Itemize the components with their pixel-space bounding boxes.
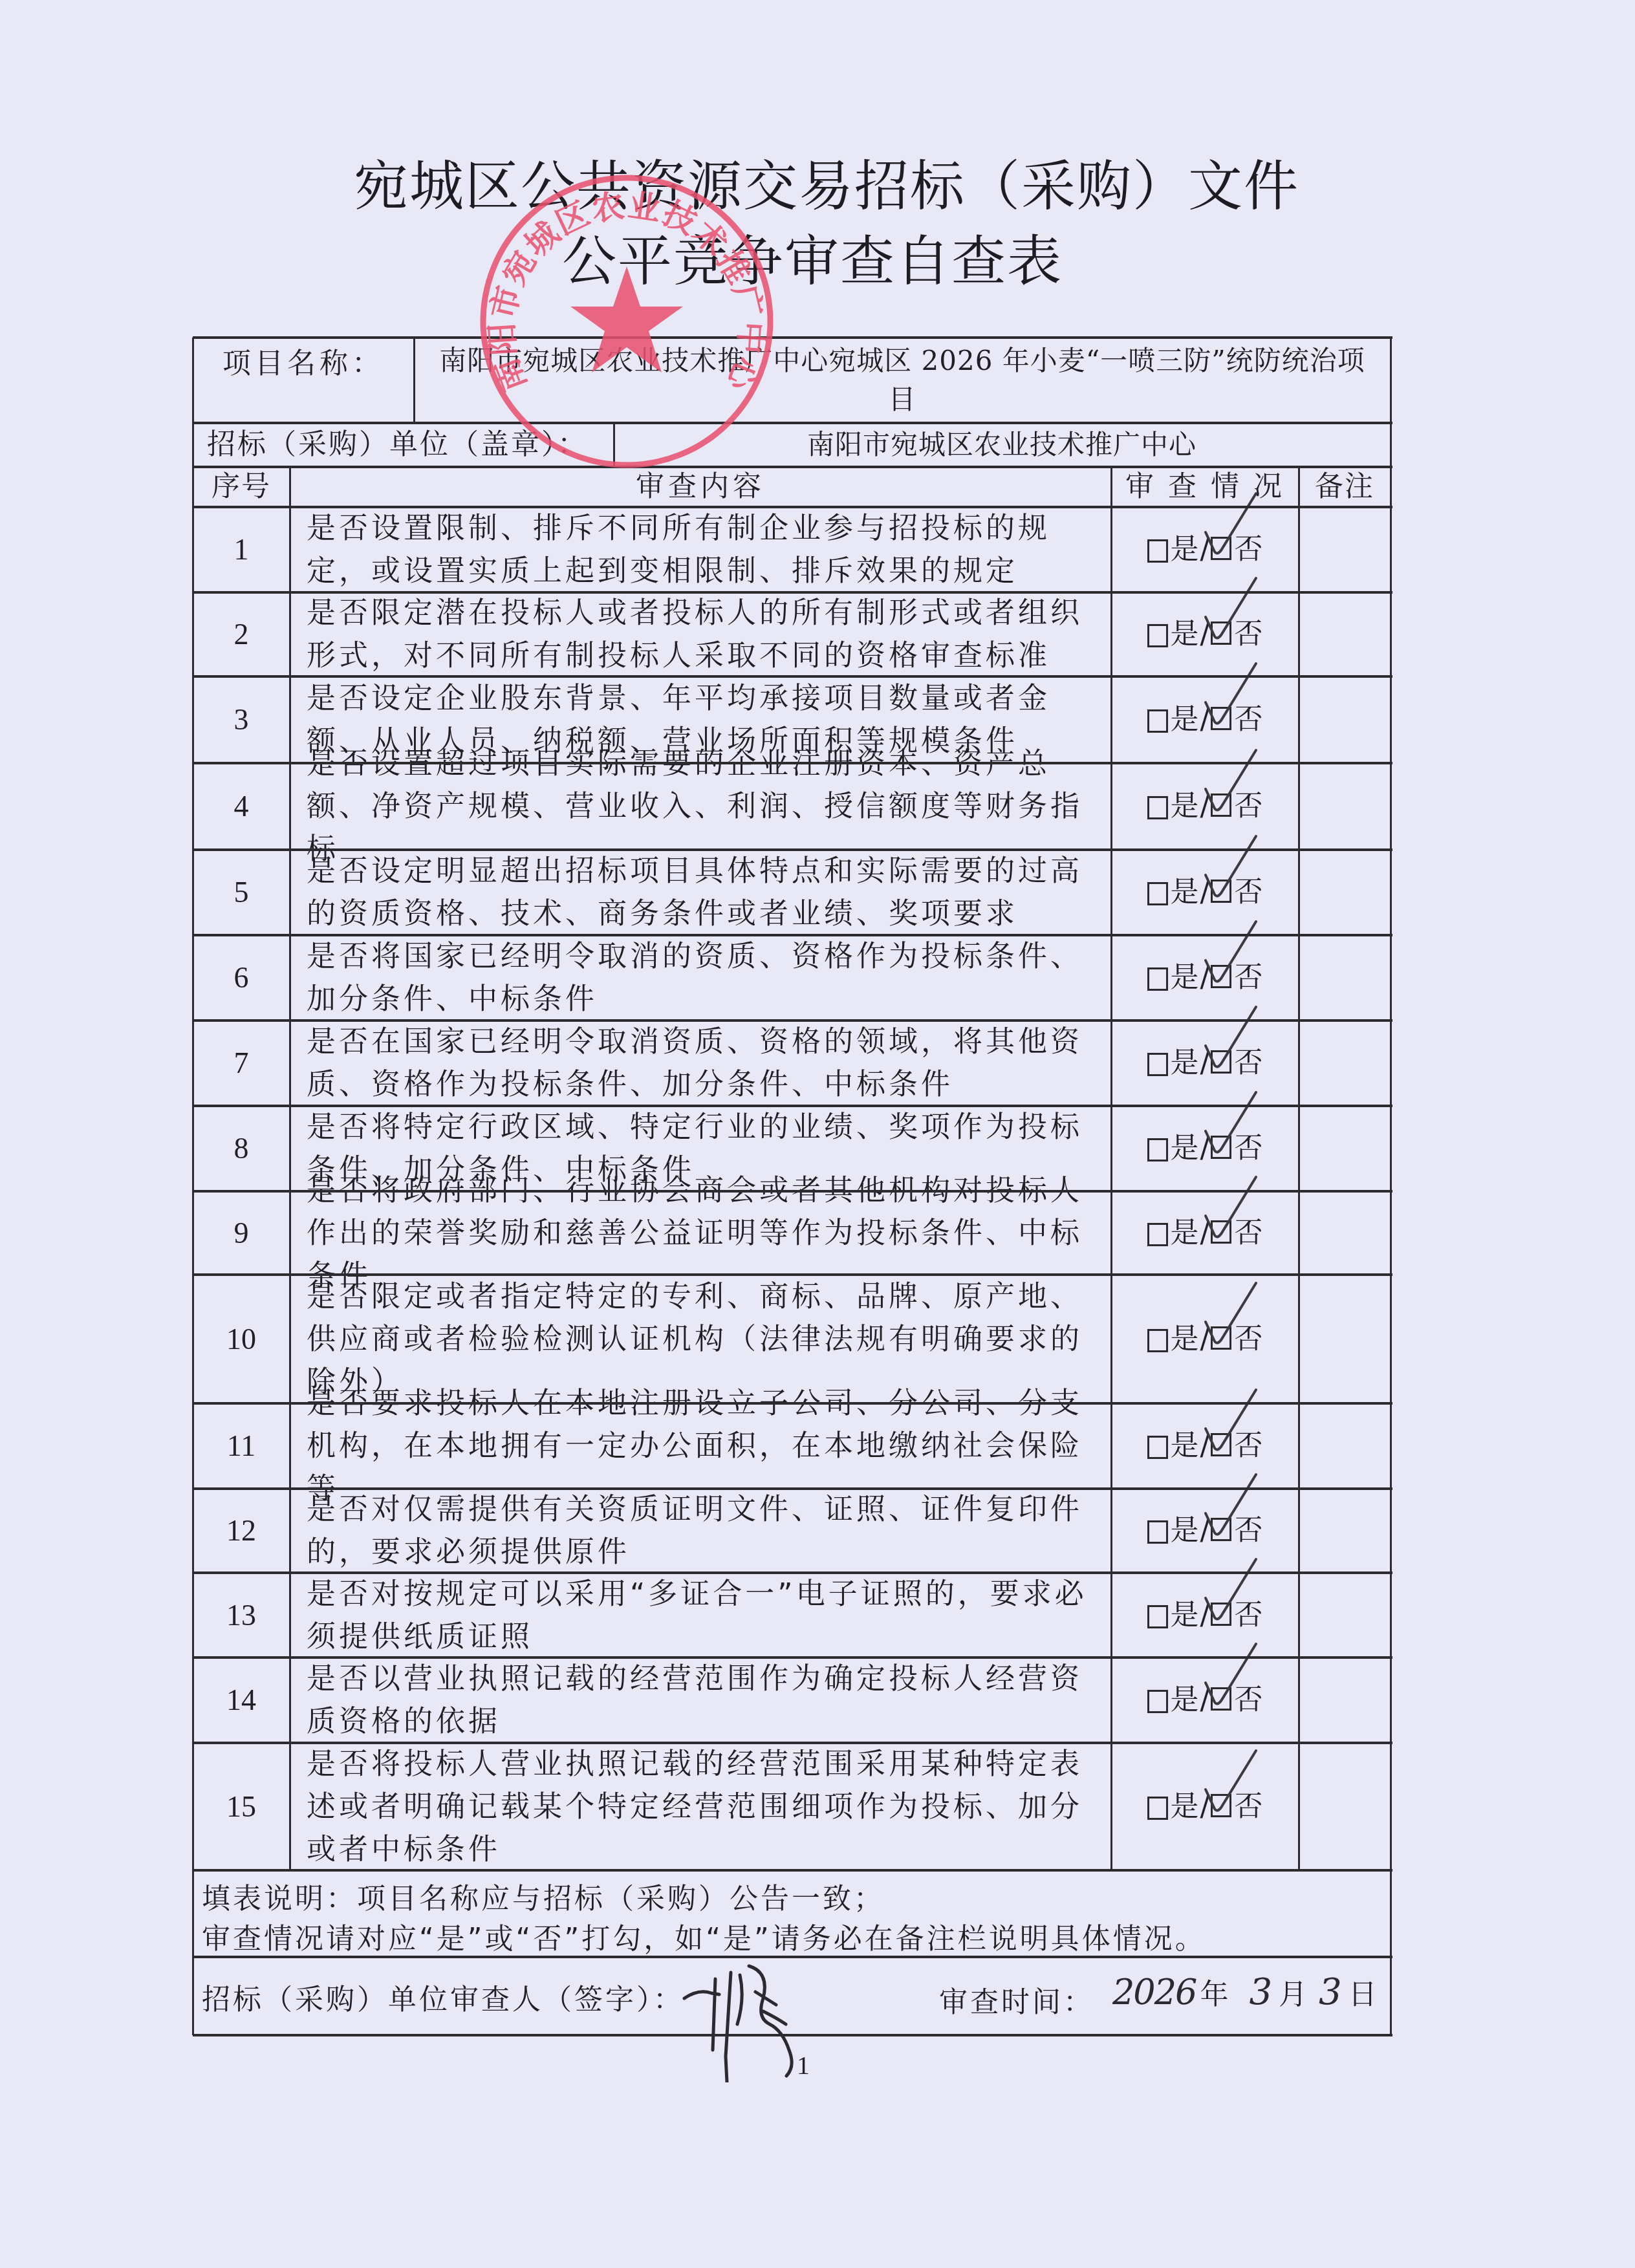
row-remark[interactable]: [1299, 935, 1391, 1021]
checkbox-yes[interactable]: [1147, 1138, 1168, 1161]
row-index: 5: [193, 850, 290, 935]
row-index: 6: [193, 935, 290, 1021]
row-remark[interactable]: [1299, 1658, 1391, 1743]
checkbox-yes[interactable]: [1147, 1436, 1168, 1459]
table-rule: [289, 467, 291, 1870]
date-month-handwritten: 3: [1249, 1971, 1275, 2013]
row-index: 3: [193, 676, 290, 763]
checkbox-yes[interactable]: [1147, 1605, 1168, 1628]
table-rule: [613, 423, 615, 467]
option-separator: /: [1200, 1594, 1210, 1637]
checkbox-yes[interactable]: [1147, 539, 1168, 563]
header-index: 序号: [193, 467, 290, 507]
checkbox-no-wrapper: [1211, 1679, 1234, 1722]
checkbox-no[interactable]: [1211, 1050, 1231, 1074]
row-review-result: 是/否: [1111, 1573, 1299, 1658]
row-review-result: 是/否: [1111, 1191, 1299, 1275]
table-rule: [193, 1273, 1392, 1276]
checkbox-no[interactable]: [1211, 1433, 1231, 1456]
date-day-suffix: 日: [1348, 1971, 1380, 2013]
header-result: 审 查 情 况: [1111, 467, 1299, 507]
row-index: 15: [193, 1743, 290, 1870]
option-separator: /: [1200, 785, 1210, 828]
row-review-result: 是/否: [1111, 1658, 1299, 1743]
table-rule: [193, 1019, 1392, 1022]
checkbox-no[interactable]: [1211, 537, 1231, 560]
project-name-label: 项目名称：: [193, 338, 414, 423]
checkbox-yes[interactable]: [1147, 967, 1168, 991]
row-content: 是否将政府部门、行业协会商会或者其他机构对投标人作出的荣誉奖励和慈善公益证明等作…: [290, 1191, 1111, 1275]
option-yes-label: 是: [1171, 1509, 1199, 1552]
option-separator: /: [1200, 956, 1210, 999]
row-content: 是否将投标人营业执照记载的经营范围采用某种特定表述或者明确记载某个特定经营范围细…: [290, 1743, 1111, 1870]
option-separator: /: [1200, 1509, 1210, 1552]
checkbox-no-wrapper: [1211, 528, 1234, 571]
checkbox-no[interactable]: [1211, 707, 1231, 730]
table-rule: [193, 1105, 1392, 1107]
row-remark[interactable]: [1299, 507, 1391, 592]
header-content: 审查内容: [290, 467, 1111, 507]
checkbox-no[interactable]: [1211, 1220, 1231, 1244]
checkbox-yes[interactable]: [1147, 1223, 1168, 1246]
table-rule: [1390, 338, 1392, 2035]
checkbox-no-wrapper: [1211, 698, 1234, 741]
checkbox-no-wrapper: [1211, 871, 1234, 914]
checkbox-no[interactable]: [1211, 1518, 1231, 1541]
project-name-value: 南阳市宛城区农业技术推广中心宛城区 2026 年小麦“一喷三防”统防统治项目: [414, 338, 1391, 423]
option-no-label: 否: [1234, 1786, 1262, 1828]
checkbox-no-wrapper: [1211, 1786, 1234, 1828]
checkbox-no[interactable]: [1211, 621, 1231, 645]
row-remark[interactable]: [1299, 1106, 1391, 1191]
option-no-label: 否: [1234, 528, 1262, 571]
option-no-label: 否: [1234, 785, 1262, 828]
option-separator: /: [1200, 1212, 1210, 1255]
checkbox-no[interactable]: [1211, 1326, 1231, 1350]
option-yes-label: 是: [1171, 871, 1199, 914]
checkbox-no-wrapper: [1211, 956, 1234, 999]
option-no-label: 否: [1234, 1679, 1262, 1722]
checkbox-yes[interactable]: [1147, 882, 1168, 905]
row-review-result: 是/否: [1111, 507, 1299, 592]
procuring-unit-value: 南阳市宛城区农业技术推广中心: [614, 423, 1390, 467]
checkbox-no-wrapper: [1211, 613, 1234, 656]
checkbox-no-wrapper: [1211, 1212, 1234, 1255]
table-rule: [413, 338, 415, 423]
option-no-label: 否: [1234, 1212, 1262, 1255]
row-content: 是否对按规定可以采用“多证合一”电子证照的，要求必须提供纸质证照: [290, 1573, 1111, 1658]
checkbox-no[interactable]: [1211, 794, 1231, 817]
option-yes-label: 是: [1171, 1594, 1199, 1637]
date-day-handwritten: 3: [1319, 1971, 1345, 2013]
option-yes-label: 是: [1171, 1679, 1199, 1722]
option-no-label: 否: [1234, 1509, 1262, 1552]
option-no-label: 否: [1234, 1318, 1262, 1361]
row-index: 10: [193, 1275, 290, 1403]
row-remark[interactable]: [1299, 1275, 1391, 1403]
option-no-label: 否: [1234, 698, 1262, 741]
row-content: 是否限定潜在投标人或者投标人的所有制形式或者组织形式，对不同所有制投标人采取不同…: [290, 592, 1111, 676]
date-year-suffix: 年: [1200, 1971, 1231, 2013]
option-no-label: 否: [1234, 871, 1262, 914]
row-content: 是否设置限制、排斥不同所有制企业参与招投标的规定，或设置实质上起到变相限制、排斥…: [290, 507, 1111, 592]
table-rule: [193, 934, 1392, 936]
row-index: 8: [193, 1106, 290, 1191]
checkbox-no[interactable]: [1211, 880, 1231, 903]
table-rule: [193, 675, 1392, 678]
row-index: 14: [193, 1658, 290, 1743]
checkbox-yes[interactable]: [1147, 624, 1168, 647]
option-yes-label: 是: [1171, 1786, 1199, 1828]
table-rule: [1298, 467, 1300, 1870]
row-remark[interactable]: [1299, 592, 1391, 676]
table-rule: [193, 848, 1392, 851]
fill-instructions-line2: 审查情况请对应“是”或“否”打勾，如“是”请务必在备注栏说明具体情况。: [202, 1916, 1206, 1957]
checkbox-no-wrapper: [1211, 1042, 1234, 1085]
table-rule: [193, 1402, 1392, 1405]
row-review-result: 是/否: [1111, 1403, 1299, 1489]
row-index: 13: [193, 1573, 290, 1658]
row-content: 是否设定明显超出招标项目具体特点和实际需要的过高的资质资格、技术、商务条件或者业…: [290, 850, 1111, 935]
row-remark[interactable]: [1299, 676, 1391, 763]
option-yes-label: 是: [1171, 528, 1199, 571]
checkbox-no[interactable]: [1211, 965, 1231, 988]
row-review-result: 是/否: [1111, 935, 1299, 1021]
table-rule: [193, 1656, 1392, 1659]
row-content: 是否要求投标人在本地注册设立子公司、分公司、分支机构，在本地拥有一定办公面积，在…: [290, 1403, 1111, 1489]
row-review-result: 是/否: [1111, 676, 1299, 763]
row-review-result: 是/否: [1111, 850, 1299, 935]
checkbox-yes[interactable]: [1147, 1329, 1168, 1352]
row-remark[interactable]: [1299, 1403, 1391, 1489]
row-index: 2: [193, 592, 290, 676]
row-review-result: 是/否: [1111, 592, 1299, 676]
row-review-result: 是/否: [1111, 1743, 1299, 1870]
row-index: 9: [193, 1191, 290, 1275]
option-separator: /: [1200, 613, 1210, 656]
row-review-result: 是/否: [1111, 1489, 1299, 1573]
table-rule: [1110, 467, 1112, 1870]
table-rule: [193, 506, 1392, 508]
table-rule: [193, 762, 1392, 764]
option-no-label: 否: [1234, 1042, 1262, 1085]
option-yes-label: 是: [1171, 1212, 1199, 1255]
option-yes-label: 是: [1171, 613, 1199, 656]
procuring-unit-label: 招标（采购）单位（盖章）：: [193, 423, 614, 467]
reviewer-signature: [673, 1953, 854, 2082]
checkbox-no-wrapper: [1211, 785, 1234, 828]
option-yes-label: 是: [1171, 698, 1199, 741]
row-content: 是否对仅需提供有关资质证明文件、证照、证件复印件的，要求必须提供原件: [290, 1489, 1111, 1573]
option-yes-label: 是: [1171, 1127, 1199, 1170]
row-content: 是否将国家已经明令取消的资质、资格作为投标条件、加分条件、中标条件: [290, 935, 1111, 1021]
option-yes-label: 是: [1171, 956, 1199, 999]
checkbox-no[interactable]: [1211, 1687, 1231, 1711]
checkbox-no[interactable]: [1211, 1794, 1231, 1817]
checkbox-no-wrapper: [1211, 1425, 1234, 1467]
table-rule: [193, 1487, 1392, 1490]
header-remark: 备注: [1299, 467, 1391, 507]
row-review-result: 是/否: [1111, 1021, 1299, 1106]
row-index: 4: [193, 763, 290, 850]
option-separator: /: [1200, 1425, 1210, 1467]
fill-instructions-line1: 填表说明：项目名称应与招标（采购）公告一致；: [202, 1875, 885, 1917]
checkbox-yes[interactable]: [1147, 1690, 1168, 1713]
option-separator: /: [1200, 1042, 1210, 1085]
row-index: 11: [193, 1403, 290, 1489]
row-remark[interactable]: [1299, 850, 1391, 935]
row-content: 是否以营业执照记载的经营范围作为确定投标人经营资质资格的依据: [290, 1658, 1111, 1743]
review-date: 2026 年 3 月 3 日: [1112, 1971, 1380, 2013]
option-yes-label: 是: [1171, 1042, 1199, 1085]
table-rule: [193, 1869, 1392, 1872]
row-index: 12: [193, 1489, 290, 1573]
table-rule: [193, 1571, 1392, 1574]
row-content: 是否设置超过项目实际需要的企业注册资本、资产总额、净资产规模、营业收入、利润、授…: [290, 763, 1111, 850]
row-index: 1: [193, 507, 290, 592]
row-index: 7: [193, 1021, 290, 1106]
row-content: 是否在国家已经明令取消资质、资格的领域，将其他资质、资格作为投标条件、加分条件、…: [290, 1021, 1111, 1106]
page-number: 1: [797, 2050, 810, 2080]
row-remark[interactable]: [1299, 1191, 1391, 1275]
option-yes-label: 是: [1171, 1318, 1199, 1361]
option-separator: /: [1200, 1679, 1210, 1722]
checkbox-no-wrapper: [1211, 1594, 1234, 1637]
checkbox-no-wrapper: [1211, 1318, 1234, 1361]
review-date-label: 审查时间：: [939, 1979, 1094, 2020]
row-remark[interactable]: [1299, 1489, 1391, 1573]
checkbox-no-wrapper: [1211, 1509, 1234, 1552]
date-year-handwritten: 2026: [1112, 1972, 1196, 2013]
row-review-result: 是/否: [1111, 763, 1299, 850]
checkbox-yes[interactable]: [1147, 709, 1168, 733]
table-rule: [192, 338, 194, 2035]
option-separator: /: [1200, 1318, 1210, 1361]
option-separator: /: [1200, 1127, 1210, 1170]
option-yes-label: 是: [1171, 785, 1199, 828]
table-rule: [193, 336, 1392, 339]
option-separator: /: [1200, 871, 1210, 914]
checkbox-no[interactable]: [1211, 1603, 1231, 1626]
option-no-label: 否: [1234, 613, 1262, 656]
row-remark[interactable]: [1299, 1573, 1391, 1658]
row-review-result: 是/否: [1111, 1275, 1299, 1403]
option-no-label: 否: [1234, 1594, 1262, 1637]
table-rule: [193, 1190, 1392, 1193]
reviewer-signature-label: 招标（采购）单位审查人（签字）：: [202, 1976, 684, 2018]
table-rule: [193, 422, 1392, 424]
checkbox-yes[interactable]: [1147, 796, 1168, 819]
table-rule: [193, 591, 1392, 594]
review-table: 项目名称： 南阳市宛城区农业技术推广中心宛城区 2026 年小麦“一喷三防”统防…: [0, 0, 1635, 2268]
option-separator: /: [1200, 698, 1210, 741]
checkbox-yes[interactable]: [1147, 1797, 1168, 1820]
option-yes-label: 是: [1171, 1425, 1199, 1467]
row-remark[interactable]: [1299, 1743, 1391, 1870]
table-rule: [193, 466, 1392, 468]
row-review-result: 是/否: [1111, 1106, 1299, 1191]
checkbox-no-wrapper: [1211, 1127, 1234, 1170]
checkbox-yes[interactable]: [1147, 1520, 1168, 1544]
checkbox-yes[interactable]: [1147, 1053, 1168, 1076]
table-rule: [193, 1742, 1392, 1744]
option-separator: /: [1200, 528, 1210, 571]
row-remark[interactable]: [1299, 1021, 1391, 1106]
option-no-label: 否: [1234, 1425, 1262, 1467]
option-separator: /: [1200, 1786, 1210, 1828]
date-month-suffix: 月: [1279, 1971, 1310, 2013]
row-remark[interactable]: [1299, 763, 1391, 850]
checkbox-no[interactable]: [1211, 1136, 1231, 1159]
option-no-label: 否: [1234, 956, 1262, 999]
option-no-label: 否: [1234, 1127, 1262, 1170]
